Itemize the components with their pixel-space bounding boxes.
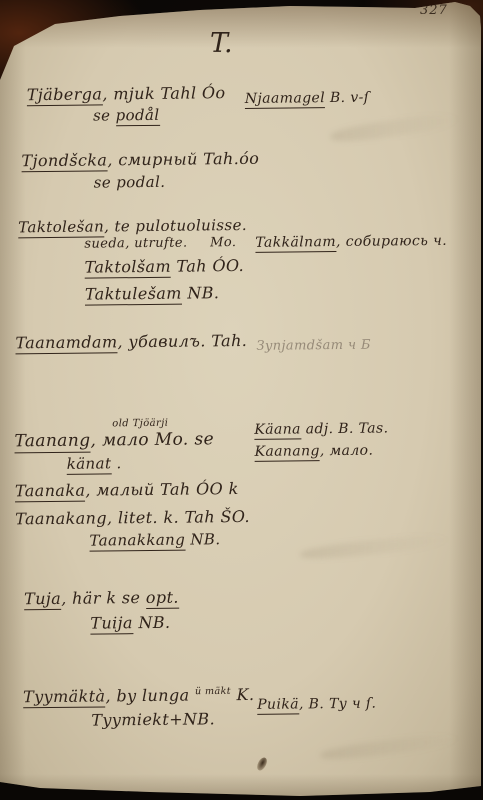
entry-text: NB. — [185, 530, 220, 548]
manuscript-line: Puikä, B. Ty ч ſ. — [257, 697, 376, 714]
manuscript-line: Taanakang, litet. k. Tah ŠO. — [15, 508, 250, 528]
entry-text: Taanakang, litet. k. Tah ŠO. — [15, 507, 250, 528]
manuscript-line: se podål — [93, 107, 160, 124]
manuscript-page: 327 T. Tjäberga, mjuk Tahl Óose podålNja… — [0, 0, 483, 800]
headword-text: Tyymäktà — [23, 686, 106, 708]
manuscript-line: Tuija NB. — [90, 614, 170, 632]
manuscript-line: Takkälnam, собираюсь ч. — [255, 234, 447, 251]
headword-text: Käana — [254, 421, 301, 439]
manuscript-line: Tuja, här k se opt. — [24, 589, 179, 608]
entry-text: adj. B. Tas. — [301, 420, 389, 437]
headword-text: Taanang — [14, 431, 90, 454]
headword-text: Tjondšcka — [21, 150, 107, 172]
entry-text: old Tjöärji — [112, 418, 168, 430]
headword-text: Taanaka — [15, 481, 86, 503]
headword-text: känat — [67, 454, 112, 474]
manuscript-line: Kaanang, мало. — [254, 444, 373, 461]
manuscript-line: sueda, utrufte. Mo. — [84, 236, 236, 252]
entry-text: Зynjamdšam ч Б — [256, 338, 371, 354]
manuscript-line: Tjäberga, mjuk Tahl Óo — [27, 84, 226, 104]
entry-text: , мало Mo. se — [90, 429, 214, 450]
entry-text: Tah ÓO. — [171, 256, 244, 276]
entry-text: . — [111, 454, 122, 472]
entry-text: NB. — [182, 283, 220, 302]
headword-text: podål — [115, 106, 159, 126]
headword-text: Njaamagel — [245, 90, 325, 109]
manuscript-line: Зynjamdšam ч Б — [256, 339, 371, 354]
entry-text: , убавилъ. Tah. — [117, 331, 247, 351]
entry-text: , mjuk Tahl Óo — [102, 83, 225, 103]
entry-text: K. — [231, 685, 255, 704]
headword-text: Takkälnam — [255, 234, 336, 253]
headword-text: Puikä — [257, 696, 299, 714]
headword-text: opt. — [146, 588, 179, 609]
entry-text: , мало. — [320, 443, 374, 460]
manuscript-line: Taanamdam, убавилъ. Tah. — [15, 332, 247, 352]
entry-text: NB. — [133, 613, 171, 632]
manuscript-line: se podal. — [94, 174, 166, 191]
headword-text: Taanamdam — [15, 332, 117, 354]
headword-text: Taktolšam — [85, 257, 172, 279]
manuscript-line: Tyymäktà, by lunga ü mäkt K. — [23, 686, 254, 706]
entry-text: , смирный Tah.óo — [107, 149, 259, 170]
entry-text: B. v-ſ — [325, 90, 369, 106]
entry-text: , B. Ty ч ſ. — [299, 696, 377, 713]
headword-text: Taktolešan — [18, 217, 104, 238]
manuscript-line: Taktolešan, te pulotuoluisse. — [18, 217, 247, 236]
entry-text: Tyymiekt+NB. — [91, 709, 215, 729]
entry-text: se — [93, 106, 116, 124]
manuscript-line: Tyymiekt+NB. — [91, 710, 215, 729]
headword-text: Kaanang — [254, 443, 319, 462]
headword-text: Tuija — [90, 613, 133, 634]
headword-text: Tuja — [24, 589, 61, 610]
manuscript-line: Käana adj. B. Tas. — [254, 421, 388, 438]
entry-text: se podal. — [94, 173, 166, 192]
manuscript-line: Taktulešam NB. — [85, 284, 220, 303]
entry-text: , собираюсь ч. — [336, 233, 447, 250]
manuscript-line: Taanakkang NB. — [89, 531, 220, 549]
entry-text: ü mäkt — [195, 686, 231, 697]
manuscript-line: Taanaka, малый Tah ÓO k — [15, 480, 239, 500]
entry-text: , här k se — [61, 588, 146, 608]
manuscript-line: Taanang, мало Mo. se — [14, 430, 214, 451]
manuscript-line: Tjondšcka, смирный Tah.óo — [21, 150, 259, 170]
headword-text: Taktulešam — [85, 284, 182, 306]
manuscript-line: old Tjöärji — [112, 418, 168, 430]
entry-text: , by lunga — [105, 686, 195, 706]
entry-text: , te pulotuoluisse. — [104, 216, 247, 235]
headword-text: Taanakkang — [89, 531, 185, 552]
manuscript-line: Taktolšam Tah ÓO. — [85, 257, 245, 276]
manuscript-line: känat . — [67, 455, 122, 472]
entry-text: sueda, utrufte. Mo. — [84, 235, 236, 252]
photograph-background: 327 T. Tjäberga, mjuk Tahl Óose podålNja… — [0, 0, 483, 800]
manuscript-lines: Tjäberga, mjuk Tahl Óose podålNjaamagel … — [0, 0, 483, 800]
entry-text: , малый Tah ÓO k — [85, 479, 239, 500]
manuscript-line: Njaamagel B. v-ſ — [245, 91, 370, 108]
headword-text: Tjäberga — [27, 84, 103, 106]
